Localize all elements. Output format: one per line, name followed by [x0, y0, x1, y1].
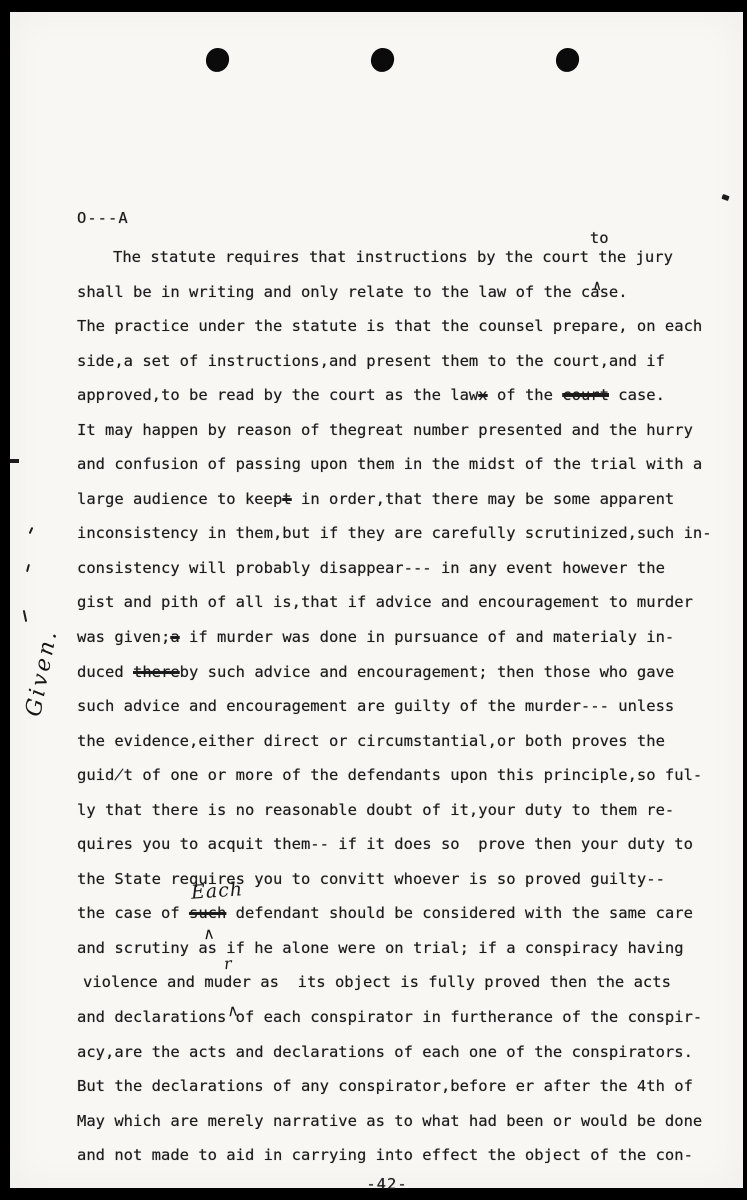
inserted-word: to — [590, 221, 609, 256]
typed-line: The practice under the statute is that t… — [77, 309, 737, 344]
typed-line: The statute requires that instructions b… — [77, 240, 737, 275]
typed-line: consistency will probably disappear--- i… — [77, 551, 737, 586]
document-section-label: O---A — [77, 209, 129, 227]
ink-speck — [29, 527, 34, 534]
caret-mark: ∧ — [202, 917, 217, 952]
typed-line: and confusion of passing upon them in th… — [77, 447, 737, 482]
ink-speck — [23, 610, 27, 622]
typed-line: approved,to be read by the court as the … — [77, 378, 737, 413]
ink-speck — [721, 194, 729, 201]
typed-line: large audience to keept in order,that th… — [77, 482, 737, 517]
caret-mark: ∧ — [226, 994, 241, 1029]
typed-line: May which are merely narrative as to wha… — [77, 1104, 737, 1139]
typed-line: gist and pith of all is,that if advice a… — [77, 585, 737, 620]
struck-text-with-insertion: suchEach∧ — [189, 904, 226, 922]
typed-line: such advice and encouragement are guilty… — [77, 689, 737, 724]
typed-line: quires you to acquit them-- if it does s… — [77, 827, 737, 862]
struck-text: court — [562, 386, 609, 404]
typed-line: guid̸t of one or more of the defendants … — [77, 758, 737, 793]
typed-line: duced thereby such advice and encouragem… — [77, 655, 737, 690]
typed-line: the State requires you to convitt whoeve… — [77, 862, 737, 897]
typed-line: the case of suchEach∧ defendant should b… — [77, 896, 737, 931]
typed-line: ly that there is no reasonable doubt of … — [77, 793, 737, 828]
ink-speck — [26, 564, 30, 572]
typed-line: and scrutiny as if he alone were on tria… — [77, 931, 737, 966]
typed-line: acy,are the acts and declarations of eac… — [77, 1035, 737, 1070]
ink-speck — [10, 459, 19, 463]
typed-line: the evidence,either direct or circumstan… — [77, 724, 737, 759]
punch-hole-icon — [554, 47, 580, 74]
typed-line: and not made to aid in carrying into eff… — [77, 1138, 737, 1173]
typed-line: was given;a if murder was done in pursua… — [77, 620, 737, 655]
scanned-document-page: { "page": { "label": "O---A", "page_numb… — [0, 0, 747, 1200]
paper-sheet: O---A The statute requires that instruct… — [10, 12, 743, 1188]
typed-line: But the declarations of any conspirator,… — [77, 1069, 737, 1104]
struck-text: there — [133, 663, 180, 681]
typed-line: and declarations of each conspirator in … — [77, 1000, 737, 1035]
struck-text: t — [282, 490, 291, 508]
struck-text: x — [478, 386, 487, 404]
handwritten-marginalia: Given. — [14, 588, 71, 758]
inserted-word: Each — [190, 872, 244, 910]
typed-text: The statute requires that instructions b… — [77, 240, 737, 1173]
punch-hole-icon — [204, 47, 230, 74]
punch-hole-icon — [369, 47, 395, 74]
page-number: -42- — [77, 1175, 697, 1193]
caret-mark: ∧ — [593, 269, 601, 304]
typed-line: violence and mur∧der as its object is fu… — [77, 965, 737, 1000]
typed-line: inconsistency in them,but if they are ca… — [77, 516, 737, 551]
typed-line: shall be in writing and only relate to t… — [77, 275, 737, 310]
struck-text: a — [170, 628, 179, 646]
typed-line: It may happen by reason of thegreat numb… — [77, 413, 737, 448]
typed-line: side,a set of instructions,and present t… — [77, 344, 737, 379]
